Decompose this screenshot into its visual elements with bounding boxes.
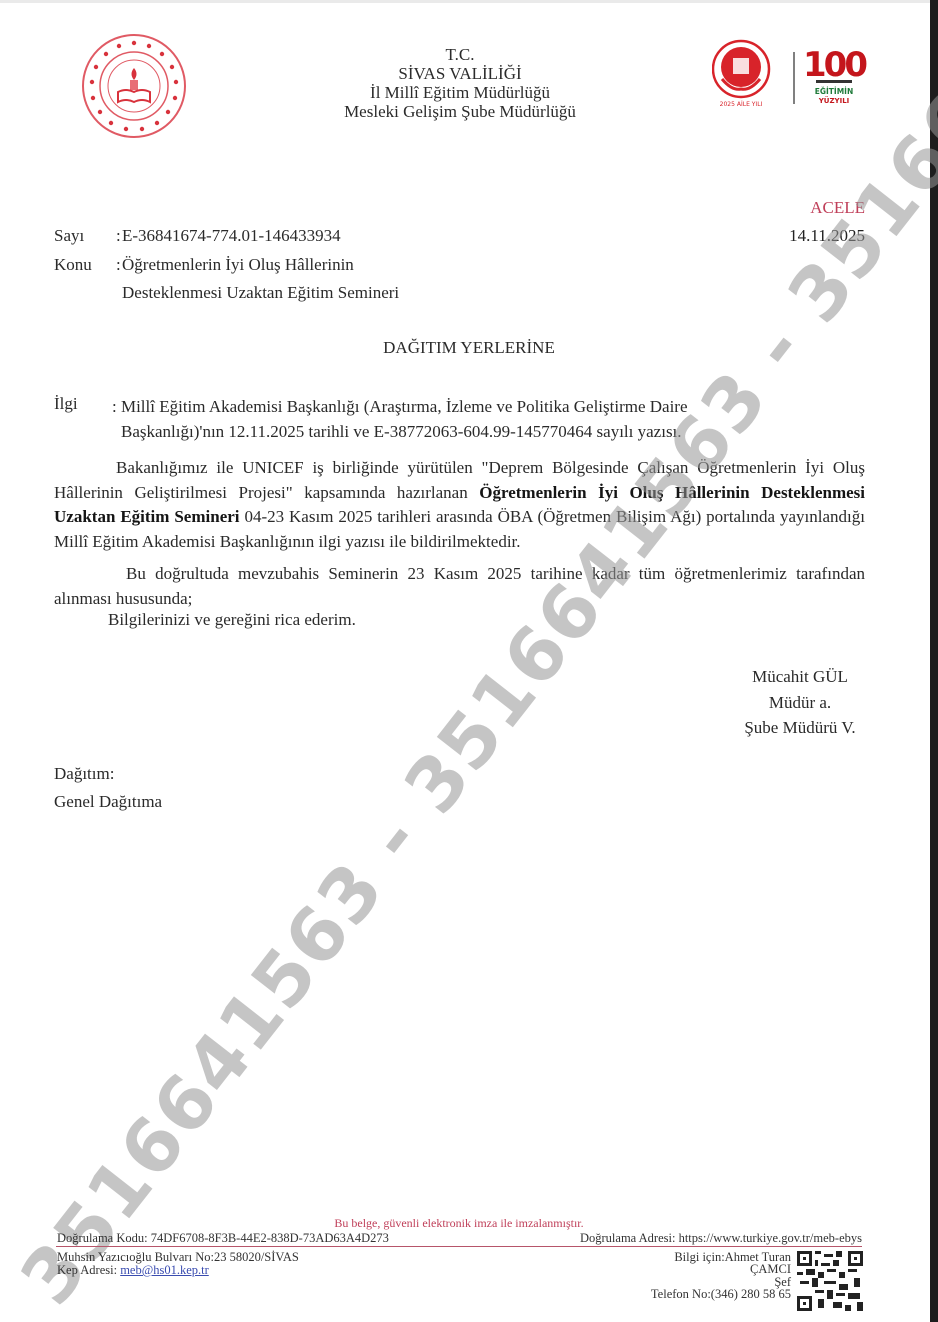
top-edge [0,0,930,3]
ilgi-text: : Millî Eğitim Akademisi Başkanlığı (Ara… [112,394,772,444]
urgency-mark: ACELE [810,198,865,218]
header-tc: T.C. [300,45,620,64]
right-edge-border [930,0,938,1322]
header-branch: Mesleki Gelişim Şube Müdürlüğü [300,102,620,121]
signer-name: Mücahit GÜL [700,664,900,690]
header-governorship: SİVAS VALİLİĞİ [300,64,620,83]
recipient-heading: DAĞITIM YERLERİNE [0,338,938,358]
signature-block: Mücahit GÜL Müdür a. Şube Müdürü V. [700,664,900,741]
verification-code: Doğrulama Kodu: 74DF6708-8F3B-44E2-838D-… [57,1231,389,1246]
sayi-row: Sayı:E-36841674-774.01-146433934 [54,222,341,250]
konu-row: Konu:Öğretmenlerin İyi Oluş Hâllerinin [54,251,354,279]
closing-line: Bilgilerinizi ve gereğini rica ederim. [108,610,356,630]
konu-label: Konu [54,251,116,279]
qr-code-icon [797,1251,863,1311]
svg-text:2025 AİLE YILI: 2025 AİLE YILI [720,101,763,108]
svg-text:EĞİTİMİN: EĞİTİMİN [815,87,854,96]
meb-seal-logo-icon [80,32,188,140]
distribution-label: Dağıtım: [54,760,162,788]
kep-address-link[interactable]: meb@hs01.kep.tr [120,1263,209,1277]
verification-address[interactable]: Doğrulama Adresi: https://www.turkiye.go… [580,1231,862,1246]
family-year-and-century-logo-icon: 2025 AİLE YILI 100 EĞİTİMİN YÜZYILI [712,34,872,114]
body-paragraph-1: Bakanlığımız ile UNICEF iş birliğinde yü… [54,456,865,554]
footer-address-block: Muhsin Yazıcıoğlu Bulvarı No:23 58020/Sİ… [57,1251,299,1277]
kep-row: Kep Adresi: meb@hs01.kep.tr [57,1264,299,1277]
footer-divider [56,1246,862,1247]
distribution-block: Dağıtım: Genel Dağıtıma [54,760,162,816]
signer-title-2: Şube Müdürü V. [700,715,900,741]
signer-title-1: Müdür a. [700,690,900,716]
contact-info-block: Bilgi için:Ahmet Turan ÇAMCI Şef Telefon… [651,1251,791,1300]
header-directorate: İl Millî Eğitim Müdürlüğü [300,83,620,102]
body-paragraph-2: Bu doğrultuda mevzubahis Seminerin 23 Ka… [54,562,865,611]
ilgi-line2: Başkanlığı)'nın 12.11.2025 tarihli ve E-… [112,419,772,444]
info-surname: ÇAMCI [651,1263,791,1275]
ilgi-line1: : Millî Eğitim Akademisi Başkanlığı (Ara… [112,397,688,416]
info-phone: Telefon No:(346) 280 58 65 [651,1288,791,1300]
distribution-value: Genel Dağıtıma [54,788,162,816]
konu-line1: Öğretmenlerin İyi Oluş Hâllerinin [122,255,354,274]
sayi-label: Sayı [54,222,116,250]
svg-text:YÜZYILI: YÜZYILI [818,96,850,105]
ilgi-label: İlgi [54,394,78,414]
letterhead: T.C. SİVAS VALİLİĞİ İl Millî Eğitim Müdü… [300,45,620,121]
konu-line2: Desteklenmesi Uzaktan Eğitim Semineri [122,283,399,303]
e-signature-notice: Bu belge, güvenli elektronik imza ile im… [0,1216,938,1231]
document-date: 14.11.2025 [789,226,865,246]
svg-text:100: 100 [803,45,867,85]
sayi-value: E-36841674-774.01-146433934 [122,226,341,245]
